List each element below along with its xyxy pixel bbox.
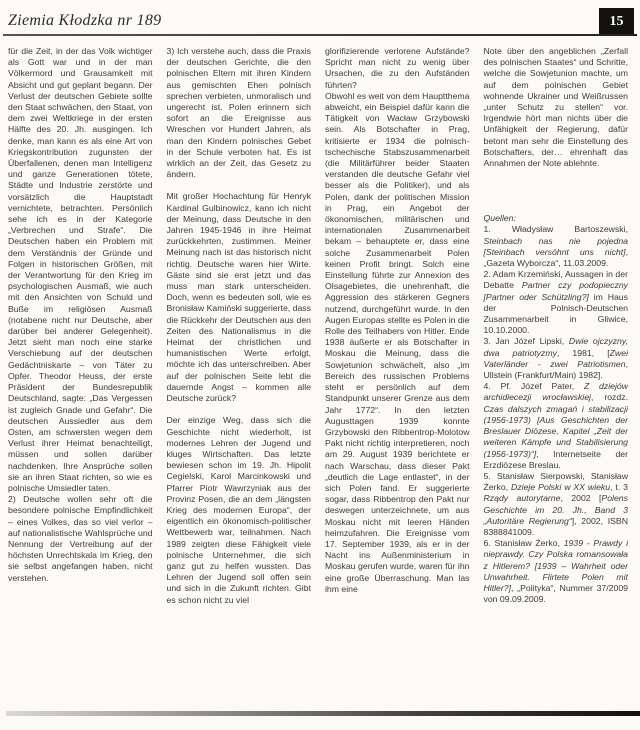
bottom-rule [6,711,640,716]
paragraph: Note über den angeblichen „Zerfall des p… [484,46,629,169]
journal-title: Ziemia Kłodzka nr 189 [8,6,634,30]
paragraph: glorifizierende verlorene Aufstände? Spr… [325,46,470,91]
paragraph: für die Zeit, in der das Volk wichtiger … [8,46,153,494]
source-item: 2. Adam Krzemiński, Aussagen in der Deba… [484,269,629,336]
sources-heading: Quellen: [484,213,629,224]
sources-list: 1. Władysław Bartoszewski, Steinbach nas… [484,224,629,605]
page-number: 15 [610,14,624,30]
source-item: 1. Władysław Bartoszewski, Steinbach nas… [484,224,629,269]
scanned-journal-page: Ziemia Kłodzka nr 189 15 für die Zeit, i… [0,0,640,730]
article-columns: für die Zeit, in der das Volk wichtiger … [8,46,628,711]
source-item: 3. Jan Józef Lipski, Dwie ojczyzny, dwa … [484,336,629,381]
paragraph: Der einzige Weg, dass sich die Geschicht… [167,415,312,605]
text-column-3: glorifizierende verlorene Aufstände? Spr… [325,46,470,711]
text-column-2: 3) Ich verstehe auch, dass die Praxis de… [167,46,312,711]
paragraph: 3) Ich verstehe auch, dass die Praxis de… [167,46,312,180]
paragraph: Obwohl es weit von dem Hauptthema abweic… [325,91,470,595]
page-number-box: 15 [599,8,634,35]
paragraph: Mit großer Hochachtung für Henryk Kardin… [167,191,312,404]
sources-section: Quellen: 1. Władysław Bartoszewski, Stei… [484,213,629,605]
source-item: 4. Pf. Józef Pater, Z dziejów archidiece… [484,381,629,471]
text-column-1: für die Zeit, in der das Volk wichtiger … [8,46,153,711]
paragraph: 2) Deutsche wollen sehr oft die besonder… [8,494,153,584]
source-item: 6. Stanisław Żerko, 1939 - Prawdy i niep… [484,538,629,605]
header-rule [3,34,637,36]
text-column-4: Note über den angeblichen „Zerfall des p… [484,46,629,711]
source-item: 5. Stanisław Sierpowski, Stanisław Żerko… [484,471,629,538]
page-header: Ziemia Kłodzka nr 189 15 [8,6,634,36]
